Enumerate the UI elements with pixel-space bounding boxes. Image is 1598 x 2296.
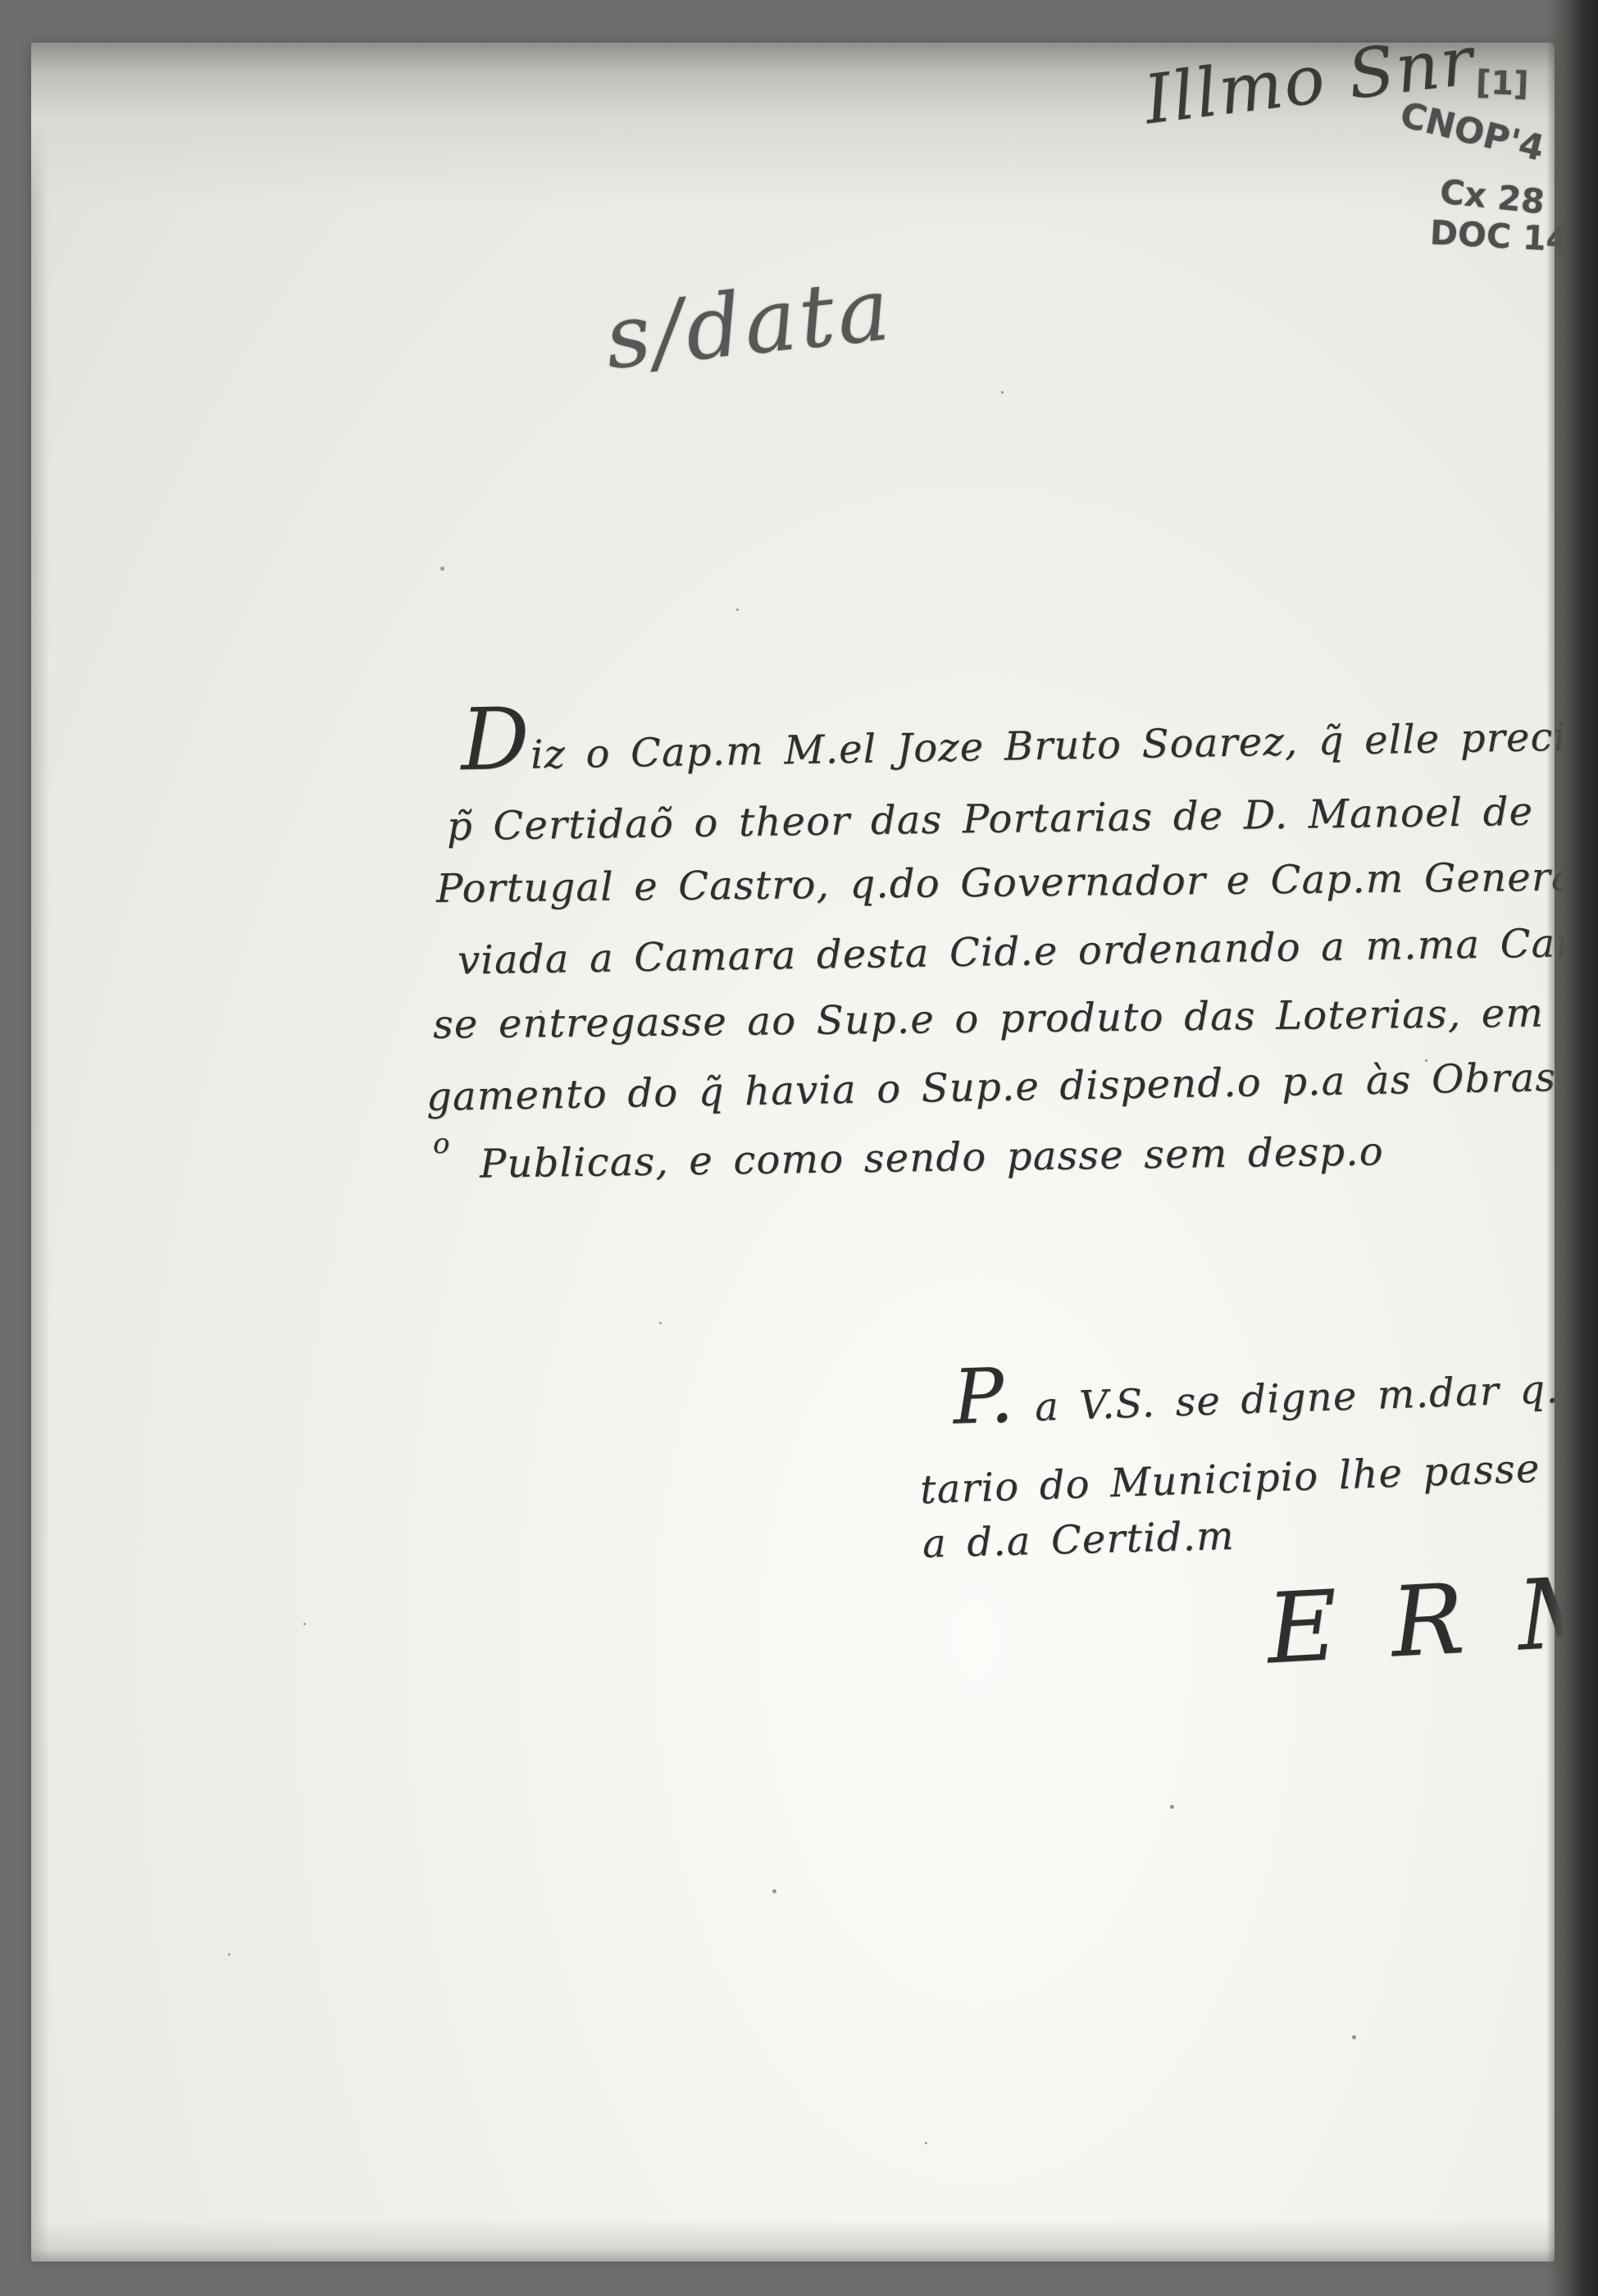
archival-index-mark: [1] [1475, 66, 1529, 101]
body-line-7: Publicas, e como sendo passe sem desp.o [480, 1132, 1384, 1183]
scanned-manuscript-screenshot: { "page_annotations": { "salutation_ink"… [0, 0, 1598, 2296]
body-line-5: se entregasse ao Sup.e o produto das Lot… [433, 992, 1598, 1045]
scan-edge-shadow [1546, 0, 1598, 2296]
paper-specks [31, 43, 34, 45]
marginal-ink-mark: o [433, 1130, 449, 1158]
body-line-3: Portugal e Castro, q.do Governador e Cap… [436, 856, 1598, 909]
closing-line-3: a d.a Certid.m [922, 1516, 1235, 1564]
